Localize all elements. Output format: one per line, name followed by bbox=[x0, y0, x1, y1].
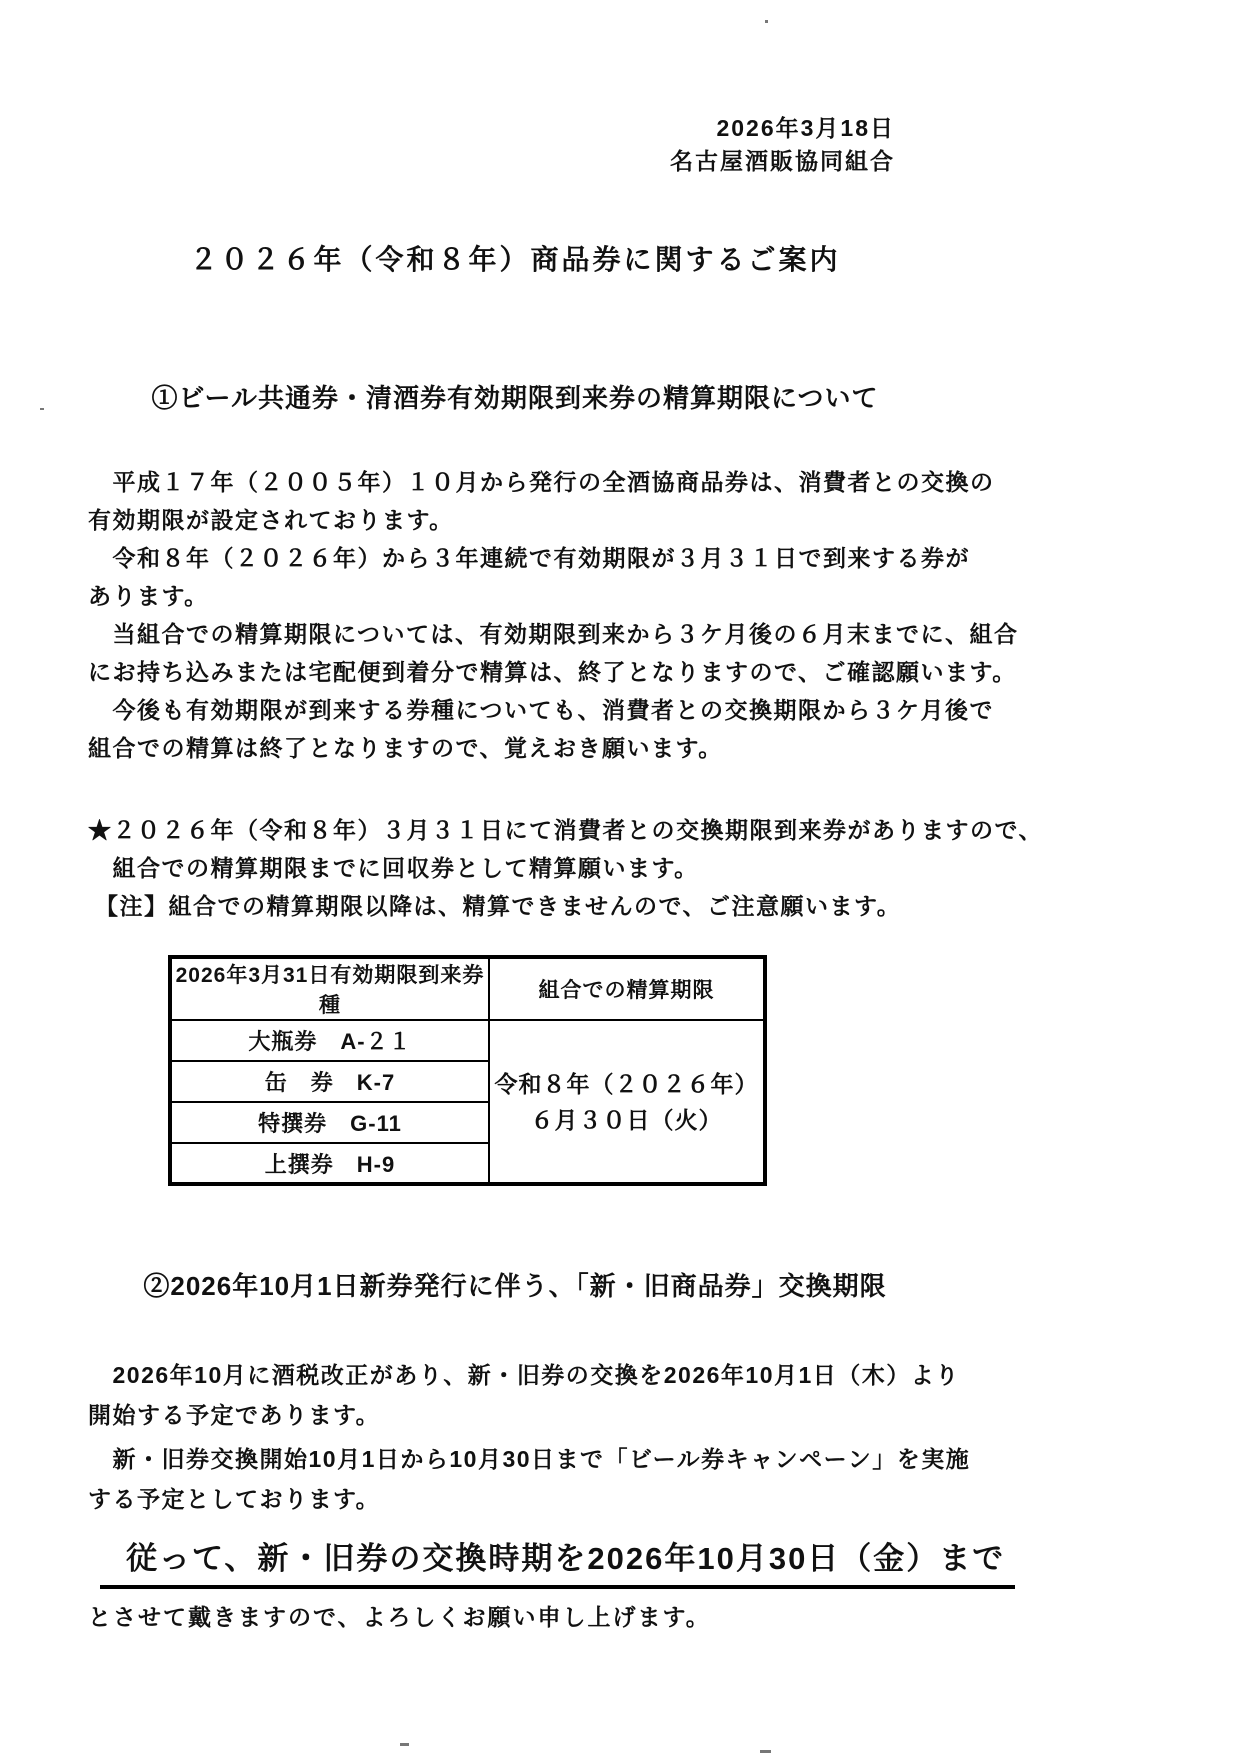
ticket-type-cell: 特撰券 G-11 bbox=[170, 1102, 489, 1143]
organization-name: 名古屋酒販協同組合 bbox=[0, 145, 895, 178]
section1-paragraphs: 平成１７年（２００５年）１０月から発行の全酒協商品券は、消費者との交換の 有効期… bbox=[88, 463, 1241, 767]
table-header-ticket-type: 2026年3月31日有効期限到来券種 bbox=[170, 957, 489, 1020]
ticket-type-cell: 缶 券 K-7 bbox=[170, 1061, 489, 1102]
caution-note: 【注】組合での精算期限以降は、精算できませんので、ご注意願います。 bbox=[95, 887, 1241, 925]
table-row: 大瓶券 A-２１ 令和８年（２０２６年） ６月３０日（火） bbox=[170, 1020, 765, 1061]
paragraph-line: 令和８年（２０２６年）から３年連続で有効期限が３月３１日で到来する券が bbox=[88, 539, 1241, 577]
paragraph-line: にお持ち込みまたは宅配便到着分で精算は、終了となりますので、ご確認願います。 bbox=[88, 653, 1241, 691]
star-note-line: 組合での精算期限までに回収券として精算願います。 bbox=[88, 849, 1241, 887]
document-page: 2026年3月18日 名古屋酒販協同組合 ２０２６年（令和８年）商品券に関するご… bbox=[0, 0, 1241, 1755]
ticket-type-cell: 大瓶券 A-２１ bbox=[170, 1020, 489, 1061]
table-header-settlement: 組合での精算期限 bbox=[489, 957, 765, 1020]
section2-heading: ②2026年10月1日新券発行に伴う、「新・旧商品券」交換期限 bbox=[0, 1266, 1030, 1303]
settlement-deadline-cell: 令和８年（２０２６年） ６月３０日（火） bbox=[489, 1020, 765, 1184]
emphasis-underlined-text: 従って、新・旧券の交換時期を2026年10月30日（金）まで bbox=[100, 1533, 1015, 1589]
table-header-row: 2026年3月31日有効期限到来券種 組合での精算期限 bbox=[170, 957, 765, 1020]
deadline-table: 2026年3月31日有効期限到来券種 組合での精算期限 大瓶券 A-２１ 令和８… bbox=[168, 955, 767, 1186]
ticket-type-cell: 上撰券 H-9 bbox=[170, 1143, 489, 1184]
scan-artifact bbox=[400, 1743, 409, 1746]
document-date: 2026年3月18日 bbox=[0, 112, 895, 145]
section2-paragraphs: 2026年10月に酒税改正があり、新・旧券の交換を2026年10月1日（木）より… bbox=[88, 1355, 1241, 1519]
settlement-deadline-line: ６月３０日（火） bbox=[490, 1102, 763, 1138]
emphasis-statement: 従って、新・旧券の交換時期を2026年10月30日（金）まで bbox=[100, 1533, 1241, 1589]
star-note-line: ★２０２６年（令和８年）３月３１日にて消費者との交換期限到来券がありますので、 bbox=[88, 811, 1241, 849]
closing-statement: とさせて戴きますので、よろしくお願い申し上げます。 bbox=[88, 1599, 1241, 1632]
scan-artifact bbox=[765, 20, 768, 23]
paragraph-line: 2026年10月に酒税改正があり、新・旧券の交換を2026年10月1日（木）より bbox=[88, 1355, 1241, 1395]
section1-heading: ①ビール共通券・清酒券有効期限到来券の精算期限について bbox=[0, 378, 1030, 415]
paragraph-line: あります。 bbox=[88, 577, 1241, 615]
paragraph-line: 組合での精算は終了となりますので、覚えおき願います。 bbox=[88, 729, 1241, 767]
paragraph-line: 今後も有効期限が到来する券種についても、消費者との交換期限から３ケ月後で bbox=[88, 691, 1241, 729]
paragraph-line: 有効期限が設定されております。 bbox=[88, 501, 1241, 539]
scan-artifact bbox=[760, 1750, 771, 1753]
scan-artifact bbox=[40, 408, 44, 410]
paragraph-line: 新・旧券交換開始10月1日から10月30日まで「ビール券キャンペーン」を実施 bbox=[88, 1439, 1241, 1479]
document-title: ２０２６年（令和８年）商品券に関するご案内 bbox=[0, 238, 1030, 278]
star-note: ★２０２６年（令和８年）３月３１日にて消費者との交換期限到来券がありますので、 … bbox=[88, 811, 1241, 887]
settlement-deadline-line: 令和８年（２０２６年） bbox=[490, 1066, 763, 1102]
paragraph-line: 当組合での精算期限については、有効期限到来から３ケ月後の６月末までに、組合 bbox=[88, 615, 1241, 653]
paragraph-line: する予定としております。 bbox=[88, 1479, 1241, 1519]
paragraph-line: 開始する予定であります。 bbox=[88, 1395, 1241, 1435]
paragraph-line: 平成１７年（２００５年）１０月から発行の全酒協商品券は、消費者との交換の bbox=[88, 463, 1241, 501]
document-header: 2026年3月18日 名古屋酒販協同組合 bbox=[0, 0, 1241, 178]
